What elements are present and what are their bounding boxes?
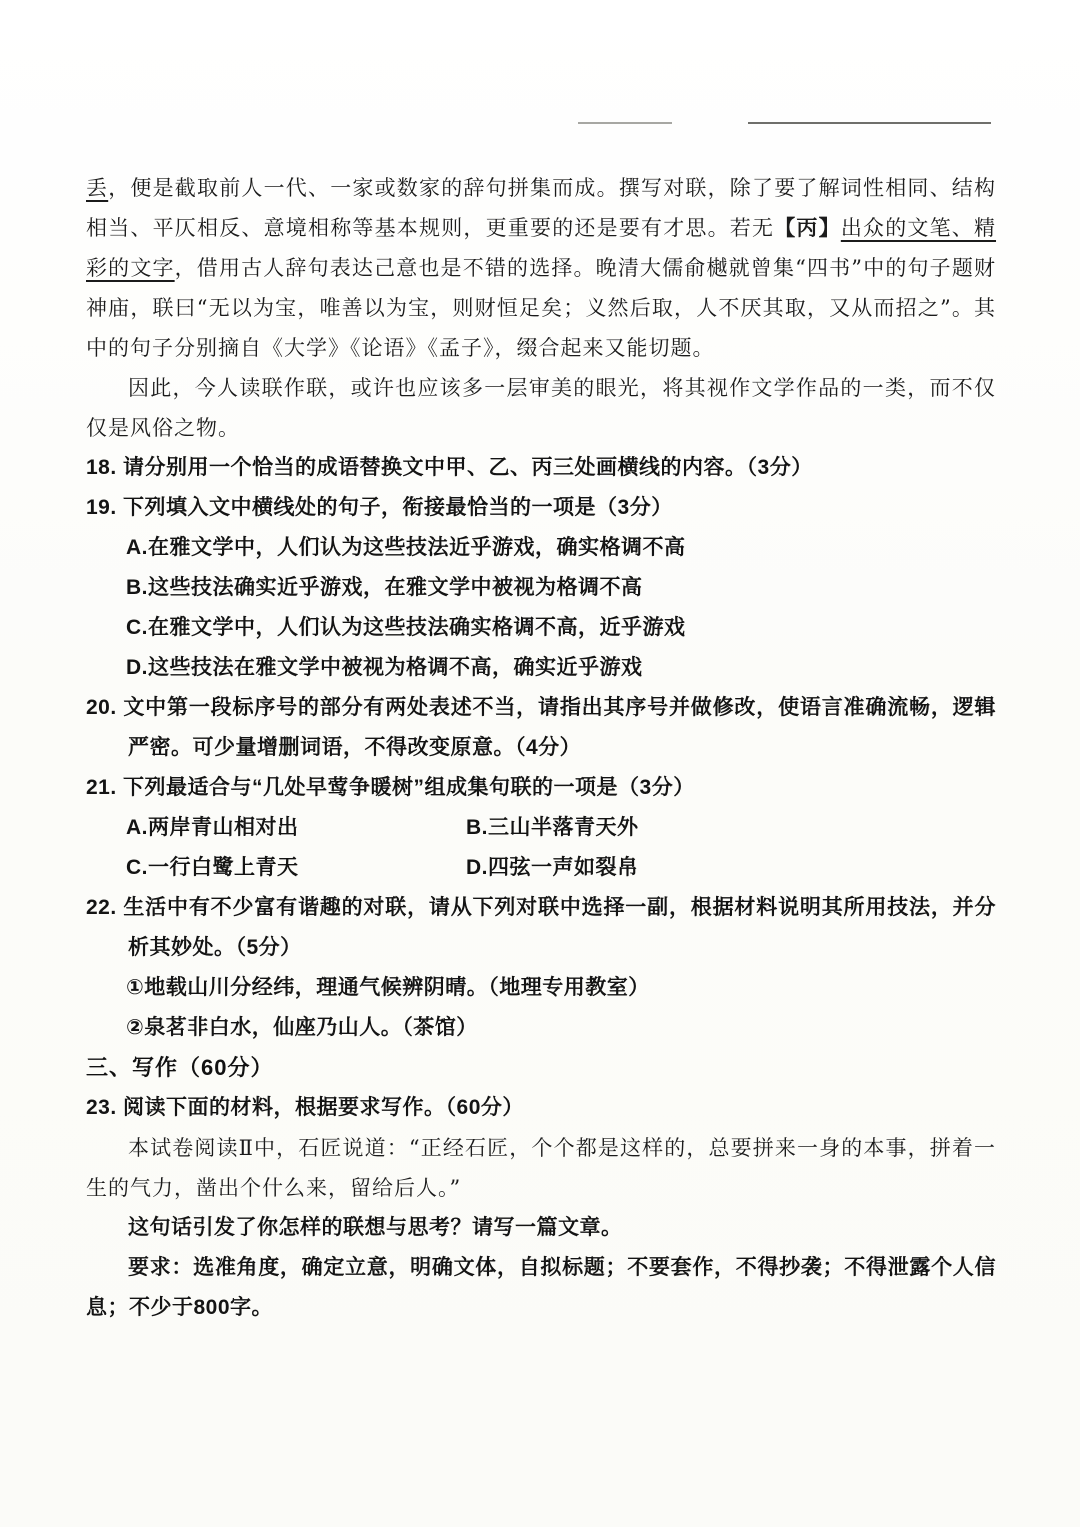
question-21-option-d: D.四弦一声如裂帛 [466,848,996,888]
question-21-option-a: A.两岸青山相对出 [126,808,466,848]
question-19-option-a: A.在雅文学中，人们认为这些技法近乎游戏，确实格调不高 [86,528,996,568]
underlined-phrase-head: 丢 [86,176,108,200]
question-19-option-d: D.这些技法在雅文学中被视为格调不高，确实近乎游戏 [86,648,996,688]
question-22-couplet-1: ①地载山川分经纬，理通气候辨阴晴。（地理专用教室） [86,968,996,1008]
passage-paragraph-2: 因此，今人读联作联，或许也应该多一层审美的眼光，将其视作文学作品的一类，而不仅仅… [86,368,996,448]
question-19-option-c: C.在雅文学中，人们认为这些技法确实格调不高，近乎游戏 [86,608,996,648]
header-rule-left-segment [578,122,672,124]
blank-marker-bing: 【丙】 [774,215,841,240]
question-18-stem: 18. 请分别用一个恰当的成语替换文中甲、乙、丙三处画横线的内容。（3分） [86,448,996,488]
exam-content: 丢，便是截取前人一代、一家或数家的辞句拼集而成。撰写对联，除了要了解词性相同、结… [86,168,996,1328]
question-19-option-b: B.这些技法确实近乎游戏，在雅文学中被视为格调不高 [86,568,996,608]
passage-text: ，借用古人辞句表达己意也是不错的选择。晚清大儒俞樾就曾集“四书”中的句子题财神庙… [86,256,996,360]
question-19-stem: 19. 下列填入文中横线处的句子，衔接最恰当的一项是（3分） [86,488,996,528]
question-20-stem: 20. 文中第一段标序号的部分有两处表述不当，请指出其序号并做修改，使语言准确流… [86,688,996,768]
question-23-stem: 23. 阅读下面的材料，根据要求写作。（60分） [86,1088,996,1128]
question-21-option-b: B.三山半落青天外 [466,808,996,848]
question-23-requirements: 要求：选准角度，确定立意，明确文体，自拟标题；不要套作，不得抄袭；不得泄露个人信… [86,1248,996,1328]
question-22-couplet-2: ②泉茗非白水，仙座乃山人。（茶馆） [86,1008,996,1048]
header-rule-right-segment [748,122,991,124]
question-23-material: 本试卷阅读Ⅱ中，石匠说道：“正经石匠，个个都是这样的，总要拼来一身的本事，拼着一… [86,1128,996,1208]
question-21-option-c: C.一行白鹭上青天 [126,848,466,888]
question-21-stem: 21. 下列最适合与“几处早莺争暖树”组成集句联的一项是（3分） [86,768,996,808]
question-21-options-grid: A.两岸青山相对出 B.三山半落青天外 C.一行白鹭上青天 D.四弦一声如裂帛 [86,808,996,888]
section-heading-writing: 三、写作（60分） [86,1048,996,1088]
question-22-stem: 22. 生活中有不少富有谐趣的对联，请从下列对联中选择一副，根据材料说明其所用技… [86,888,996,968]
scanned-exam-page: 丢，便是截取前人一代、一家或数家的辞句拼集而成。撰写对联，除了要了解词性相同、结… [0,0,1080,1527]
passage-continuation-paragraph: 丢，便是截取前人一代、一家或数家的辞句拼集而成。撰写对联，除了要了解词性相同、结… [86,168,996,368]
question-23-prompt: 这句话引发了你怎样的联想与思考？请写一篇文章。 [86,1208,996,1248]
